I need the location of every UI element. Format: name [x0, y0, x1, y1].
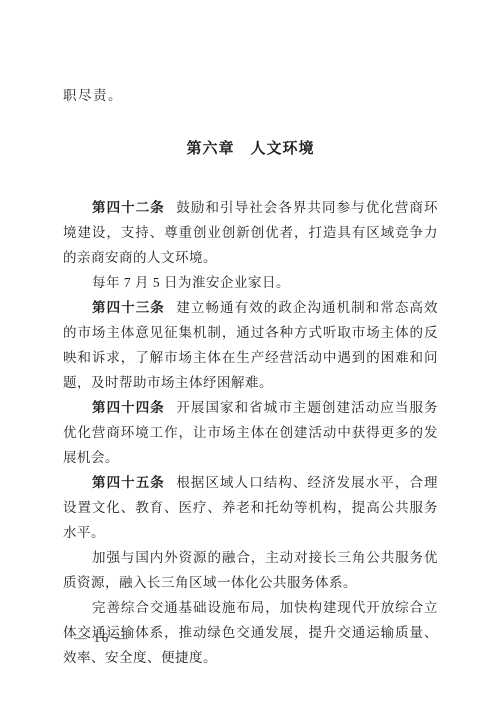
article-paragraph: 第四十三条建立畅通有效的政企沟通机制和常态高效的市场主体意见征集机制，通过各种方… [63, 295, 438, 395]
article-paragraph: 加强与国内外资源的融合，主动对接长三角公共服务优质资源，融入长三角区域一体化公共… [63, 545, 438, 595]
article-number: 第四十二条 [92, 200, 165, 215]
paragraph-text: 加强与国内外资源的融合，主动对接长三角公共服务优质资源，融入长三角区域一体化公共… [63, 550, 438, 590]
article-number: 第四十四条 [92, 400, 165, 415]
page-number: — 16 — [74, 631, 130, 646]
article-paragraph: 第四十四条开展国家和省城市主题创建活动应当服务优化营商环境工作，让市场主体在创建… [63, 395, 438, 470]
paragraph-text: 每年 7 月 5 日为淮安企业家日。 [92, 275, 290, 290]
article-paragraph: 第四十五条根据区域人口结构、经济发展水平，合理设置文化、教育、医疗、养老和托幼等… [63, 470, 438, 545]
article-paragraph: 第四十二条鼓励和引导社会各界共同参与优化营商环境建设，支持、尊重创业创新创优者，… [63, 195, 438, 270]
article-paragraph: 每年 7 月 5 日为淮安企业家日。 [63, 270, 438, 295]
document-body: 第四十二条鼓励和引导社会各界共同参与优化营商环境建设，支持、尊重创业创新创优者，… [63, 195, 438, 670]
continuation-text: 职尽责。 [63, 88, 438, 104]
document-page: 职尽责。 第六章 人文环境 第四十二条鼓励和引导社会各界共同参与优化营商环境建设… [0, 0, 500, 707]
article-number: 第四十五条 [92, 475, 165, 490]
article-number: 第四十三条 [92, 300, 165, 315]
chapter-heading: 第六章 人文环境 [63, 137, 438, 158]
